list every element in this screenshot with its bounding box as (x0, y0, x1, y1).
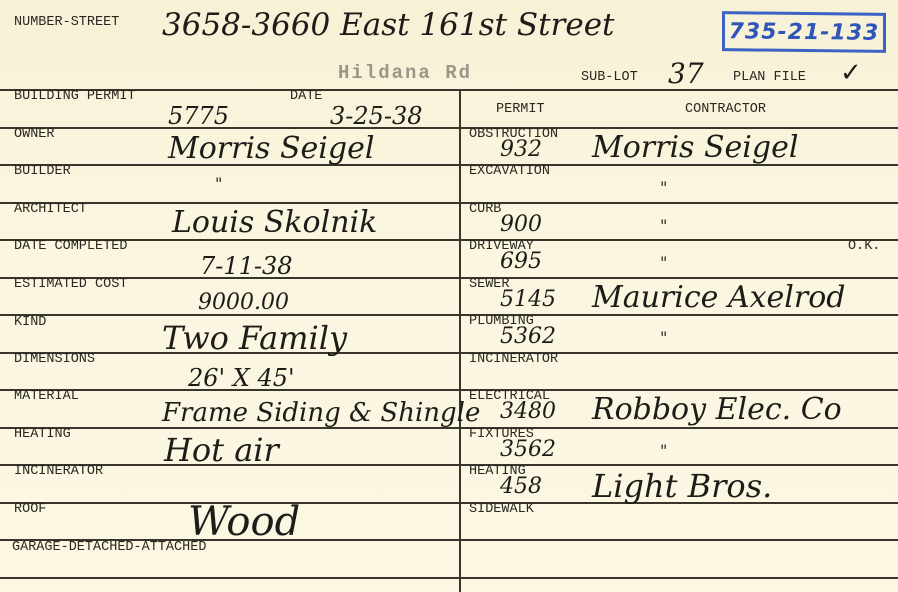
right-row-label: CURB (469, 203, 501, 217)
permit-column-header: PERMIT (496, 103, 545, 117)
right-row-note: O.K. (848, 240, 880, 254)
rule (0, 277, 898, 279)
plan-file-label: PLAN FILE (733, 71, 806, 85)
number-street-value: 3658-3660 East 161st Street (162, 10, 615, 41)
rule (0, 352, 898, 354)
number-street-label: NUMBER-STREET (14, 16, 119, 30)
date-completed-value: 7-11-38 (200, 254, 293, 278)
right-row-permit: 458 (500, 476, 542, 498)
right-row-contractor: " (660, 443, 667, 459)
estimated-cost-label: ESTIMATED COST (14, 278, 127, 292)
right-row-label: INCINERATOR (469, 353, 558, 367)
owner-label: OWNER (14, 128, 55, 142)
incinerator-label: INCINERATOR (14, 465, 103, 479)
kind-value: Two Family (162, 322, 347, 354)
right-row-permit: 695 (500, 251, 542, 273)
roof-label: ROOF (14, 503, 46, 517)
stamped-street-name: Hildana Rd (338, 62, 472, 84)
dimensions-label: DIMENSIONS (14, 353, 95, 367)
right-row-permit: 3480 (500, 401, 556, 423)
date-label: DATE (290, 90, 322, 104)
right-row-permit: 5145 (500, 289, 556, 311)
contractor-column-header: CONTRACTOR (685, 103, 766, 117)
right-row-permit: 900 (500, 214, 542, 236)
right-row-contractor: " (660, 330, 667, 346)
sub-lot-label: SUB-LOT (581, 71, 638, 85)
kind-label: KIND (14, 316, 46, 330)
sub-lot-value: 37 (668, 60, 704, 88)
rule (0, 202, 898, 204)
column-divider (459, 89, 461, 592)
right-row-contractor: " (660, 218, 667, 234)
right-row-permit: 932 (500, 139, 542, 161)
right-row-permit: 5362 (500, 326, 556, 348)
date-value: 3-25-38 (330, 104, 423, 128)
roof-value: Wood (188, 502, 300, 542)
rule (0, 577, 898, 579)
plan-file-check-icon: ✓ (840, 60, 862, 86)
building-permit-card: NUMBER-STREET 3658-3660 East 161st Stree… (0, 0, 898, 592)
owner-value: Morris Seigel (168, 134, 374, 164)
material-label: MATERIAL (14, 390, 79, 404)
heating-value: Hot air (164, 434, 279, 466)
building-permit-label: BUILDING PERMIT (14, 90, 136, 104)
right-row-label: EXCAVATION (469, 165, 550, 179)
right-row-label: SIDEWALK (469, 503, 534, 517)
date-completed-label: DATE COMPLETED (14, 240, 127, 254)
dimensions-value: 26' X 45' (188, 366, 295, 390)
right-row-contractor: " (660, 180, 667, 196)
rule (0, 464, 898, 466)
rule (0, 389, 898, 391)
estimated-cost-value: 9000.00 (198, 292, 289, 314)
right-row-contractor: Robboy Elec. Co (592, 395, 842, 425)
right-row-permit: 3562 (500, 439, 556, 461)
rule (0, 239, 898, 241)
material-value: Frame Siding & Shingle (162, 400, 480, 426)
file-number-stamp: 735-21-133 (722, 11, 886, 53)
architect-value: Louis Skolnik (172, 208, 377, 238)
right-row-contractor: Maurice Axelrod (592, 283, 846, 313)
right-row-contractor: Morris Seigel (592, 133, 798, 163)
heating-label: HEATING (14, 428, 71, 442)
right-row-contractor: Light Bros. (592, 470, 772, 502)
architect-label: ARCHITECT (14, 203, 87, 217)
garage-label: GARAGE-DETACHED-ATTACHED (12, 541, 206, 555)
right-row-contractor: " (660, 255, 667, 271)
building-permit-value: 5775 (168, 104, 229, 128)
rule (0, 127, 898, 129)
builder-label: BUILDER (14, 165, 71, 179)
builder-value: " (215, 176, 222, 192)
